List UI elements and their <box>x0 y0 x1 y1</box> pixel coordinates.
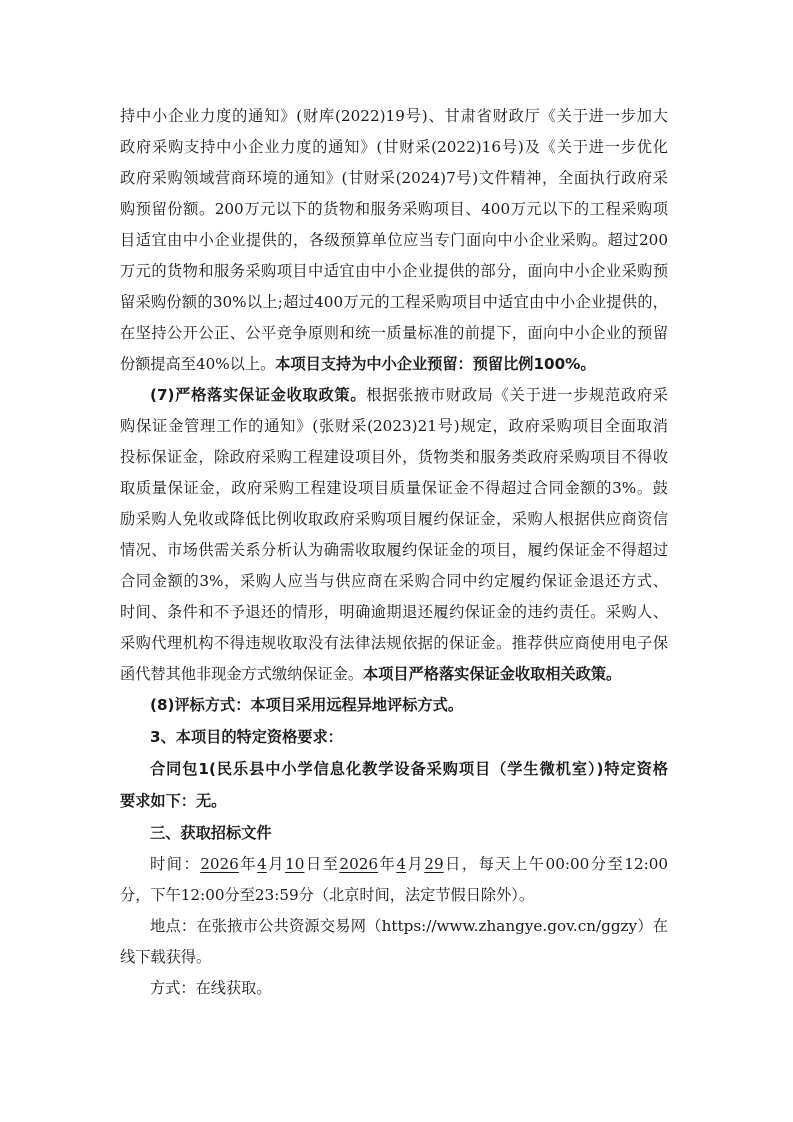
text-line: 投标保证金，除政府采购工程建设项目外，货物类和服务类政府采购项目不得收 <box>120 442 668 473</box>
time-rest: 每天上午00:00分至12:00 <box>479 855 668 873</box>
time-label: 时间： <box>150 855 200 873</box>
day-char: 日至 <box>304 855 339 873</box>
text-line: 在坚持公开公正、公平竞争原则和统一质量标准的前提下，面向中小企业的预留 <box>120 318 668 349</box>
paragraph-sme-policy: 持中小企业力度的通知》(财库(2022)19号)、甘肃省财政厅《关于进一步加大 … <box>120 101 668 380</box>
text-line: 政府采购支持中小企业力度的通知》(甘财采(2022)16号)及《关于进一步优化 <box>120 132 668 163</box>
text-line: 政府采购领域营商环境的通知》(甘财采(2024)7号)文件精神，全面执行政府采 <box>120 163 668 194</box>
text-line: 函代替其他非现金方式缴纳保证金。本项目严格落实保证金收取相关政策。 <box>120 659 668 690</box>
paragraph-deposit-policy: (7)严格落实保证金收取政策。根据张掖市财政局《关于进一步规范政府采 购保证金管… <box>120 380 668 690</box>
obtain-method: 方式：在线获取。 <box>120 973 668 1004</box>
text-line: 目适宜由中小企业提供的，各级预算单位应当专门面向中小企业采购。超过200 <box>120 225 668 256</box>
text-line: 购预留份额。200万元以下的货物和服务采购项目、400万元以下的工程采购项 <box>120 194 668 225</box>
text-line: 购保证金管理工作的通知》(张财采(2023)21号)规定，政府采购项目全面取消 <box>120 411 668 442</box>
text-plain: 根据张掖市财政局《关于进一步规范政府采 <box>366 386 668 404</box>
start-year: 2026 <box>200 855 239 873</box>
section-three-heading: 三、获取招标文件 <box>120 817 668 849</box>
end-year: 2026 <box>339 855 378 873</box>
text-line: 励采购人免收或降低比例收取政府采购项目履约保证金，采购人根据供应商资信 <box>120 504 668 535</box>
text-line: 时间、条件和不予退还的情形，明确逾期退还履约保证金的违约责任。采购人、 <box>120 597 668 628</box>
year-char: 年 <box>378 855 396 873</box>
text-line: 取质量保证金，政府采购工程建设项目质量保证金不得超过合同金额的3%。鼓 <box>120 473 668 504</box>
start-day: 10 <box>285 855 304 873</box>
end-day-char: 日， <box>444 855 479 873</box>
qualification-line-2: 要求如下：无。 <box>120 785 668 817</box>
obtain-place-line-2: 线下载获得。 <box>120 942 668 973</box>
section-3-heading: 3、本项目的特定资格要求： <box>120 721 668 753</box>
obtain-time-line-2: 分，下午12:00分至23:59分（北京时间，法定节假日除外）。 <box>120 880 668 911</box>
text-line: 万元的货物和服务采购项目中适宜由中小企业提供的部分，面向中小企业采购预 <box>120 256 668 287</box>
text-line: 合同金额的3%，采购人应当与供应商在采购合同中约定履约保证金退还方式、 <box>120 566 668 597</box>
text-line: 采购代理机构不得违规收取没有法律法规依据的保证金。推荐供应商使用电子保 <box>120 628 668 659</box>
end-month: 4 <box>396 855 406 873</box>
month-char: 月 <box>406 855 424 873</box>
text-line: (7)严格落实保证金收取政策。根据张掖市财政局《关于进一步规范政府采 <box>120 380 668 411</box>
year-char: 年 <box>239 855 257 873</box>
obtain-time-line-1: 时间：2026年4月10日至2026年4月29日，每天上午00:00分至12:0… <box>120 849 668 880</box>
text-line: 持中小企业力度的通知》(财库(2022)19号)、甘肃省财政厅《关于进一步加大 <box>120 101 668 132</box>
sme-reservation-statement: 本项目支持为中小企业预留：预留比例100%。 <box>275 355 595 373</box>
text-line: 留采购份额的30%以上;超过400万元的工程采购项目中适宜由中小企业提供的， <box>120 287 668 318</box>
text-plain: 函代替其他非现金方式缴纳保证金。 <box>120 665 363 683</box>
qualification-line-1: 合同包1(民乐县中小学信息化教学设备采购项目（学生微机室）)特定资格 <box>120 753 668 785</box>
obtain-place-line-1: 地点：在张掖市公共资源交易网（https://www.zhangye.gov.c… <box>120 911 668 942</box>
text-line: 份额提高至40%以上。本项目支持为中小企业预留：预留比例100%。 <box>120 349 668 380</box>
deposit-policy-heading: (7)严格落实保证金收取政策。 <box>150 386 366 404</box>
month-char: 月 <box>267 855 285 873</box>
evaluation-method: (8)评标方式：本项目采用远程异地评标方式。 <box>120 690 668 721</box>
text-plain: 份额提高至40%以上。 <box>120 355 275 373</box>
text-line: 情况、市场供需关系分析认为确需收取履约保证金的项目，履约保证金不得超过 <box>120 535 668 566</box>
deposit-policy-statement: 本项目严格落实保证金收取相关政策。 <box>363 665 621 683</box>
document-body: 持中小企业力度的通知》(财库(2022)19号)、甘肃省财政厅《关于进一步加大 … <box>120 101 668 1004</box>
end-day: 29 <box>424 855 443 873</box>
document-page: 持中小企业力度的通知》(财库(2022)19号)、甘肃省财政厅《关于进一步加大 … <box>0 0 793 1122</box>
start-month: 4 <box>257 855 267 873</box>
